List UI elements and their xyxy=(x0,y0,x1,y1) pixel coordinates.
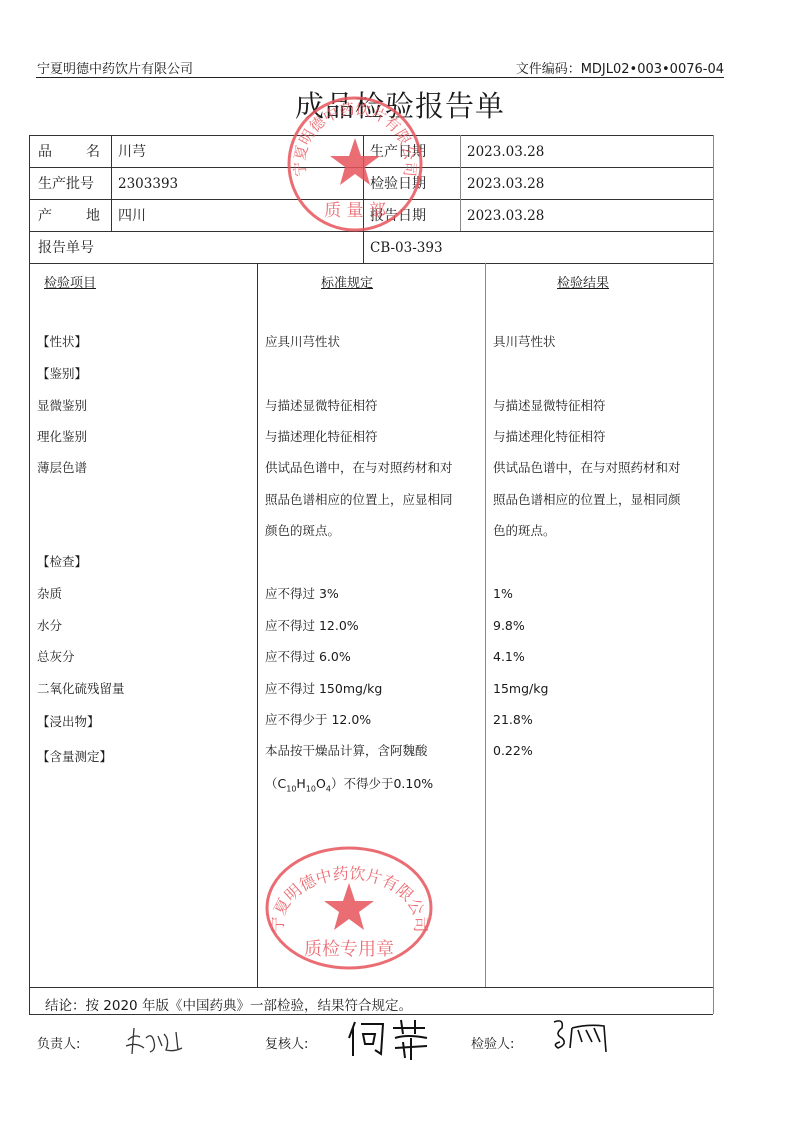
standard-appearance: 应具川芎性状 xyxy=(265,334,340,350)
responsible-signature xyxy=(118,1020,188,1058)
rule xyxy=(460,135,461,231)
result-tlc-line3: 色的斑点。 xyxy=(493,523,556,539)
item-tlc: 薄层色谱 xyxy=(37,460,87,476)
batch-value: 2303393 xyxy=(118,175,178,193)
result-tlc-line2: 照品色谱相应的位置上，显相同颜 xyxy=(493,492,681,508)
standard-physicochemical: 与描述理化特征相符 xyxy=(265,429,378,445)
column-header-result: 检验结果 xyxy=(557,272,609,291)
item-impurity: 杂质 xyxy=(37,586,62,602)
report-no-value: CB-03-393 xyxy=(370,239,443,257)
result-moisture: 9.8% xyxy=(493,618,525,634)
item-extract: 【浸出物】 xyxy=(37,714,100,730)
result-tlc-line1: 供试品色谱中，在与对照药材和对 xyxy=(493,460,681,476)
reviewer-label: 复核人: xyxy=(265,1033,308,1052)
result-extract: 21.8% xyxy=(493,712,533,728)
company-name: 宁夏明德中药饮片有限公司 xyxy=(37,58,193,77)
standard-microscopic: 与描述显微特征相符 xyxy=(265,398,378,414)
rule xyxy=(111,135,112,231)
standard-assay-line1: 本品按干燥品计算，含阿魏酸 xyxy=(265,743,428,759)
report-date-value: 2023.03.28 xyxy=(467,207,544,225)
standard-extract: 应不得少于 12.0% xyxy=(265,712,371,728)
standard-sulfur-dioxide: 应不得过 150mg/kg xyxy=(265,681,382,697)
item-inspection: 【检查】 xyxy=(37,554,87,570)
responsible-label: 负责人: xyxy=(37,1033,80,1052)
rule xyxy=(29,231,713,232)
column-header-standard: 标准规定 xyxy=(321,272,373,291)
document-code: 文件编码：MDJL02•003•0076-04 xyxy=(516,58,724,77)
standard-tlc-line2: 照品色谱相应的位置上，应显相同 xyxy=(265,492,453,508)
rule xyxy=(29,199,713,200)
rule xyxy=(29,135,713,136)
rule xyxy=(29,167,713,168)
batch-label: 生产批号 xyxy=(38,175,94,193)
rule xyxy=(29,135,30,1014)
product-name-label: 品名 xyxy=(38,143,100,161)
rule xyxy=(485,263,486,987)
conclusion: 结论：按 2020 年版《中国药典》一部检验，结果符合规定。 xyxy=(45,994,412,1014)
item-identification: 【鉴别】 xyxy=(37,366,87,382)
rule xyxy=(29,263,713,264)
result-microscopic: 与描述显微特征相符 xyxy=(493,398,606,414)
rule xyxy=(257,263,258,987)
item-physicochemical: 理化鉴别 xyxy=(37,429,87,445)
item-assay: 【含量测定】 xyxy=(37,749,112,765)
inspector-signature xyxy=(548,1014,618,1058)
standard-tlc-line1: 供试品色谱中，在与对照药材和对 xyxy=(265,460,453,476)
rule xyxy=(363,135,364,263)
seal-bottom-text: 质检专用章 xyxy=(304,939,394,960)
svg-text:宁夏明德中药饮片有限公司: 宁夏明德中药饮片有限公司 xyxy=(268,864,430,933)
rule xyxy=(29,987,713,988)
item-microscopic: 显微鉴别 xyxy=(37,398,87,414)
item-appearance: 【性状】 xyxy=(37,334,87,350)
item-total-ash: 总灰分 xyxy=(37,649,75,665)
production-date-value: 2023.03.28 xyxy=(467,143,544,161)
seal-arc-text: 宁夏明德中药饮片有限公司 xyxy=(268,864,430,933)
origin-value: 四川 xyxy=(118,207,146,225)
report-date-label: 报告日期 xyxy=(370,207,426,225)
standard-impurity: 应不得过 3% xyxy=(265,586,339,602)
origin-label: 产地 xyxy=(38,207,100,225)
column-header-item: 检验项目 xyxy=(44,272,96,291)
report-no-label: 报告单号 xyxy=(38,239,94,257)
rule xyxy=(713,135,714,1014)
standard-assay-line2: （C10H10O4）不得少于0.10% xyxy=(265,776,433,798)
result-physicochemical: 与描述理化特征相符 xyxy=(493,429,606,445)
result-total-ash: 4.1% xyxy=(493,649,525,665)
inspection-date-label: 检验日期 xyxy=(370,175,426,193)
standard-tlc-line3: 颜色的斑点。 xyxy=(265,523,340,539)
item-sulfur-dioxide: 二氧化硫残留量 xyxy=(37,681,125,697)
product-name-value: 川芎 xyxy=(118,143,146,161)
item-moisture: 水分 xyxy=(37,618,62,634)
inspection-date-value: 2023.03.28 xyxy=(467,175,544,193)
header-rule xyxy=(36,77,724,78)
result-appearance: 具川芎性状 xyxy=(493,334,556,350)
standard-total-ash: 应不得过 6.0% xyxy=(265,649,351,665)
result-sulfur-dioxide: 15mg/kg xyxy=(493,681,548,697)
standard-moisture: 应不得过 12.0% xyxy=(265,618,359,634)
inspector-label: 检验人: xyxy=(471,1033,514,1052)
result-impurity: 1% xyxy=(493,586,513,602)
production-date-label: 生产日期 xyxy=(370,143,426,161)
reviewer-signature xyxy=(345,1016,435,1060)
result-assay: 0.22% xyxy=(493,743,533,759)
report-title: 成品检验报告单 xyxy=(0,84,800,125)
qc-seal: 宁夏明德中药饮片有限公司 质检专用章 xyxy=(263,843,435,973)
